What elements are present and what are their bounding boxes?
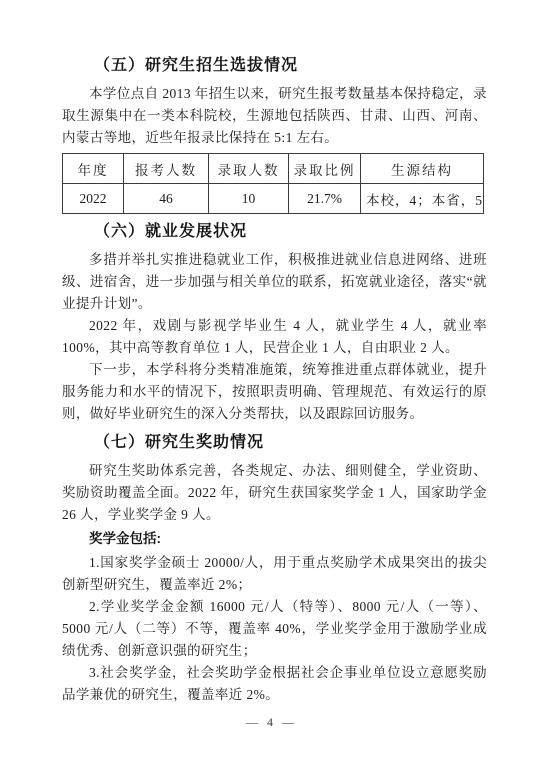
cell-year: 2022 bbox=[63, 184, 124, 214]
section-heading-employment: （六）就业发展状况 bbox=[62, 220, 487, 244]
admissions-table: 年度 报考人数 录取人数 录取比例 生源结构 2022 46 10 21.7% … bbox=[62, 153, 484, 214]
cell-applicants: 46 bbox=[124, 184, 209, 214]
cell-admitted: 10 bbox=[209, 184, 289, 214]
scholarship-item-1: 1.国家奖学金硕士 20000/人，用于重点奖励学术成果突出的拔尖创新型研究生，… bbox=[62, 552, 487, 596]
employment-paragraph-2: 2022 年，戏剧与影视学毕业生 4 人，就业学生 4 人，就业率 100%，其… bbox=[62, 315, 487, 359]
table-header-year: 年度 bbox=[63, 154, 124, 184]
table-row: 2022 46 10 21.7% 本校，4；本省，5 bbox=[63, 184, 484, 214]
recruitment-paragraph: 本学位点自 2013 年招生以来，研究生报考数量基本保持稳定，录取生源集中在一类… bbox=[62, 83, 487, 149]
cell-source: 本校，4；本省，5 bbox=[361, 184, 484, 214]
section-heading-recruitment: （五）研究生招生选拔情况 bbox=[62, 54, 487, 78]
scholarship-item-3: 3.社会奖学金，社会奖助学金根据社会企事业单位设立意愿奖励品学兼优的研究生，覆盖… bbox=[62, 662, 487, 706]
scholarship-item-2: 2.学业奖学金金额 16000 元/人（特等）、8000 元/人（一等）、500… bbox=[62, 596, 487, 662]
table-header-ratio: 录取比例 bbox=[289, 154, 361, 184]
table-header-admitted: 录取人数 bbox=[209, 154, 289, 184]
page-number: — 4 — bbox=[0, 715, 543, 730]
scholarships-label: 奖学金包括: bbox=[62, 528, 487, 550]
employment-paragraph-1: 多措并举扎实推进稳就业工作，积极推进就业信息进网络、进班级、进宿舍，进一步加强与… bbox=[62, 249, 487, 315]
cell-ratio: 21.7% bbox=[289, 184, 361, 214]
table-header-applicants: 报考人数 bbox=[124, 154, 209, 184]
funding-paragraph: 研究生奖助体系完善，各类规定、办法、细则健全，学业资助、奖励资助覆盖全面。202… bbox=[62, 460, 487, 526]
table-header-row: 年度 报考人数 录取人数 录取比例 生源结构 bbox=[63, 154, 484, 184]
employment-paragraph-3: 下一步，本学科将分类精准施策，统筹推进重点群体就业，提升服务能力和水平的情况下，… bbox=[62, 359, 487, 425]
section-heading-funding: （七）研究生奖助情况 bbox=[62, 431, 487, 455]
document-page: （五）研究生招生选拔情况 本学位点自 2013 年招生以来，研究生报考数量基本保… bbox=[0, 0, 543, 768]
table-header-source: 生源结构 bbox=[361, 154, 484, 184]
